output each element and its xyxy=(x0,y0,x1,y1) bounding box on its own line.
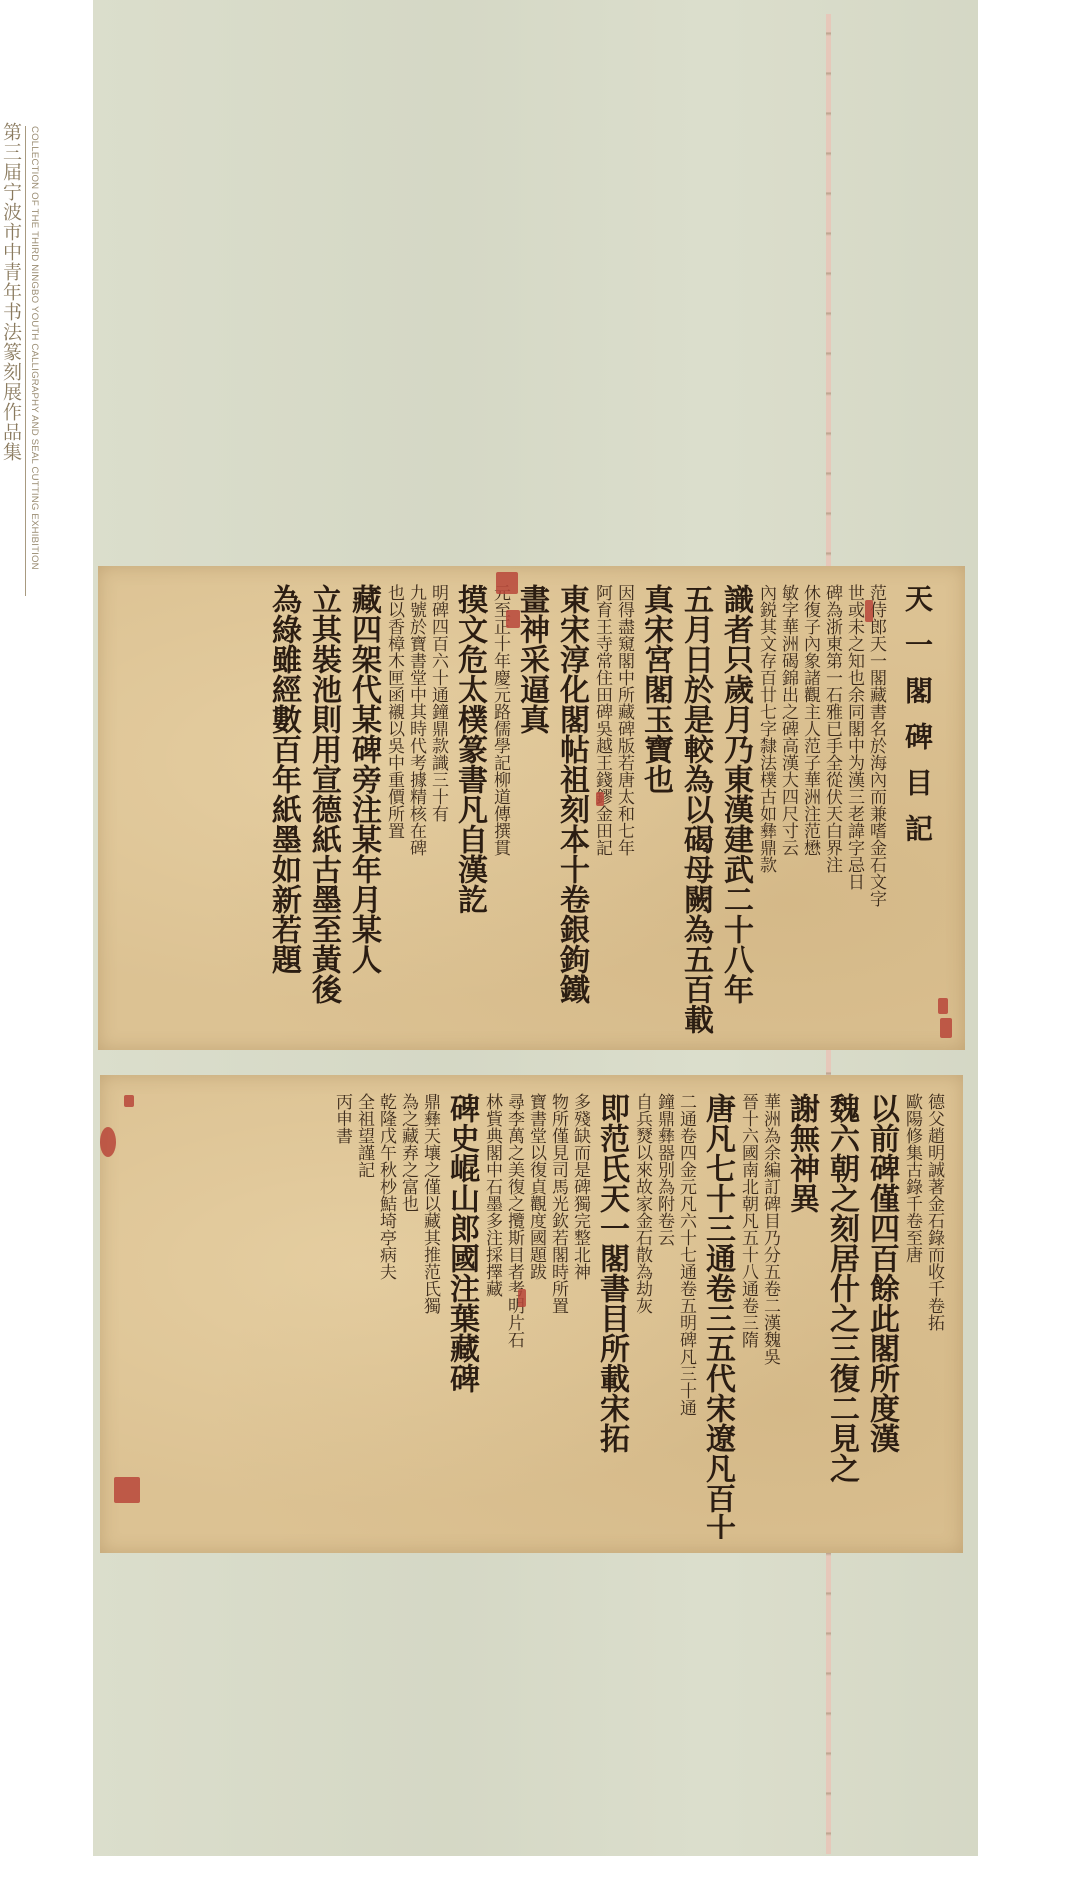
calligraphy-column: 畫神采逼真 xyxy=(511,584,551,1036)
calligraphy-column: 魏六朝之刻居什之三復二見之 xyxy=(821,1093,861,1539)
side-caption: 第三届宁波市中青年书法篆刻展作品集 COLLECTION OF THE THIR… xyxy=(0,122,48,602)
calligraphy-column: 歐陽修集古錄千卷至唐 xyxy=(901,1093,923,1539)
seal-panel1-top-right xyxy=(865,600,873,622)
calligraphy-column: 乾隆戊午秋杪鮚埼亭病夫 xyxy=(375,1093,397,1539)
calligraphy-column: 內鋭其文存百廿七字隸法樸古如彝鼎款 xyxy=(755,584,777,1036)
calligraphy-column: 華洲為余編訂碑目乃分五卷二漢魏吳 xyxy=(759,1093,781,1539)
calligraphy-column: 元至正十年慶元路儒學記柳道傳撰貫 xyxy=(489,584,511,1036)
calligraphy-column: 也以香樟木匣函襯以吳中重價所置 xyxy=(383,584,405,1036)
seal-panel1-bottom-right-1 xyxy=(938,998,948,1014)
seal-panel2-top-left xyxy=(124,1095,134,1107)
english-collection-title: COLLECTION OF THE THIRD NINGBO YOUTH CAL… xyxy=(29,126,40,570)
calligraphy-column: 真宋宮閣玉寶也 xyxy=(635,584,675,1036)
hanging-scroll-mount: 天一閣碑目記范侍郎天一閣藏書名於海內而兼嗜金石文字世或未之知也余同閣中为漢三老諱… xyxy=(93,0,978,1856)
calligraphy-column: 寶書堂以復貞觀度國題跋 xyxy=(525,1093,547,1539)
calligraphy-column: 自兵燹以來故家金石散為劫灰 xyxy=(631,1093,653,1539)
calligraphy-column: 二通卷四金元凡六十七通卷五明碑凡三十通 xyxy=(675,1093,697,1539)
seal-panel2-center xyxy=(518,1289,526,1307)
calligraphy-column: 以前碑僅四百餘此閣所度漢 xyxy=(861,1093,901,1539)
calligraphy-column: 即范氏天一閣書目所載宋拓 xyxy=(591,1093,631,1539)
calligraphy-column: 碑史崐山郎國注葉藏碑 xyxy=(441,1093,481,1539)
seal-panel1-mid-upper xyxy=(506,610,520,628)
seal-panel2-left-round xyxy=(100,1127,116,1157)
calligraphy-column: 摸文危太樸篆書凡自漢訖 xyxy=(449,584,489,1036)
calligraphy-column: 休復子內象諸觀主人范子華洲注范懋 xyxy=(799,584,821,1036)
calligraphy-column: 為綠雖經數百年紙墨如新若題 xyxy=(263,584,303,1036)
calligraphy-column: 阿育王寺常住田碑吳越王錢鏐金田記 xyxy=(591,584,613,1036)
calligraphy-column: 識者只歲月乃東漢建武二十八年 xyxy=(715,584,755,1036)
artwork-title: 天一閣碑目記 xyxy=(887,584,947,1036)
calligraphy-column: 鼎彝天壤之僅以藏其推范氏獨 xyxy=(419,1093,441,1539)
seal-panel1-mid xyxy=(596,792,604,806)
calligraphy-column: 多殘缺而是碑獨完整北神 xyxy=(569,1093,591,1539)
calligraphy-column: 九號於寶書堂中其時代考據精核在碑 xyxy=(405,584,427,1036)
calligraphy-column: 敏字華洲碣錦出之碑高漢大四尺寸云 xyxy=(777,584,799,1036)
calligraphy-column: 物所僅見司馬光欽若閣時所置 xyxy=(547,1093,569,1539)
calligraphy-column: 立其裝池則用宣德紙古墨至黃後 xyxy=(303,584,343,1036)
calligraphy-column: 碑為浙東第一石雅已手全從伏天白界注 xyxy=(821,584,843,1036)
panel-1-text-columns: 天一閣碑目記范侍郎天一閣藏書名於海內而兼嗜金石文字世或未之知也余同閣中为漢三老諱… xyxy=(116,584,947,1036)
seal-panel1-top-center xyxy=(496,572,518,594)
calligraphy-column: 鐘鼎彝器別為附卷云 xyxy=(653,1093,675,1539)
calligraphy-panel-1: 天一閣碑目記范侍郎天一閣藏書名於海內而兼嗜金石文字世或未之知也余同閣中为漢三老諱… xyxy=(98,566,965,1050)
seal-panel1-bottom-right-2 xyxy=(940,1018,952,1038)
calligraphy-column: 謝無神異 xyxy=(781,1093,821,1539)
calligraphy-column: 因得盡窺閣中所藏碑版若唐太和七年 xyxy=(613,584,635,1036)
calligraphy-column: 全祖望謹記 xyxy=(353,1093,375,1539)
calligraphy-column: 五月日於是較為以碣母闕為五百載 xyxy=(675,584,715,1036)
calligraphy-column: 東宋淳化閣帖祖刻本十卷銀鉤鐵 xyxy=(551,584,591,1036)
calligraphy-column: 林貲典閣中石墨多注採擇藏 xyxy=(481,1093,503,1539)
calligraphy-column: 范侍郎天一閣藏書名於海內而兼嗜金石文字 xyxy=(865,584,887,1036)
calligraphy-column: 明碑四百六十通鐘鼎款識三十有 xyxy=(427,584,449,1036)
calligraphy-column: 為之藏弆之富也 xyxy=(397,1093,419,1539)
calligraphy-column: 丙申書 xyxy=(331,1093,353,1539)
calligraphy-column: 德父趙明誠著金石錄而收千卷拓 xyxy=(923,1093,945,1539)
panel-2-text-columns: 德父趙明誠著金石錄而收千卷拓歐陽修集古錄千卷至唐以前碑僅四百餘此閣所度漢魏六朝之… xyxy=(118,1093,945,1539)
calligraphy-column: 尋李萬之美復之攬斯目者考明片石 xyxy=(503,1093,525,1539)
seal-panel2-artist xyxy=(114,1477,140,1503)
caption-divider xyxy=(25,126,26,596)
chinese-collection-title: 第三届宁波市中青年书法篆刻展作品集 xyxy=(2,122,22,462)
calligraphy-column: 唐凡七十三通卷三五代宋遼凡百十 xyxy=(697,1093,737,1539)
calligraphy-panel-2: 德父趙明誠著金石錄而收千卷拓歐陽修集古錄千卷至唐以前碑僅四百餘此閣所度漢魏六朝之… xyxy=(100,1075,963,1553)
calligraphy-column: 世或未之知也余同閣中为漢三老諱字忌日 xyxy=(843,584,865,1036)
calligraphy-column: 晉十六國南北朝凡五十八通卷三隋 xyxy=(737,1093,759,1539)
calligraphy-column: 藏四架代某碑旁注某年月某人 xyxy=(343,584,383,1036)
